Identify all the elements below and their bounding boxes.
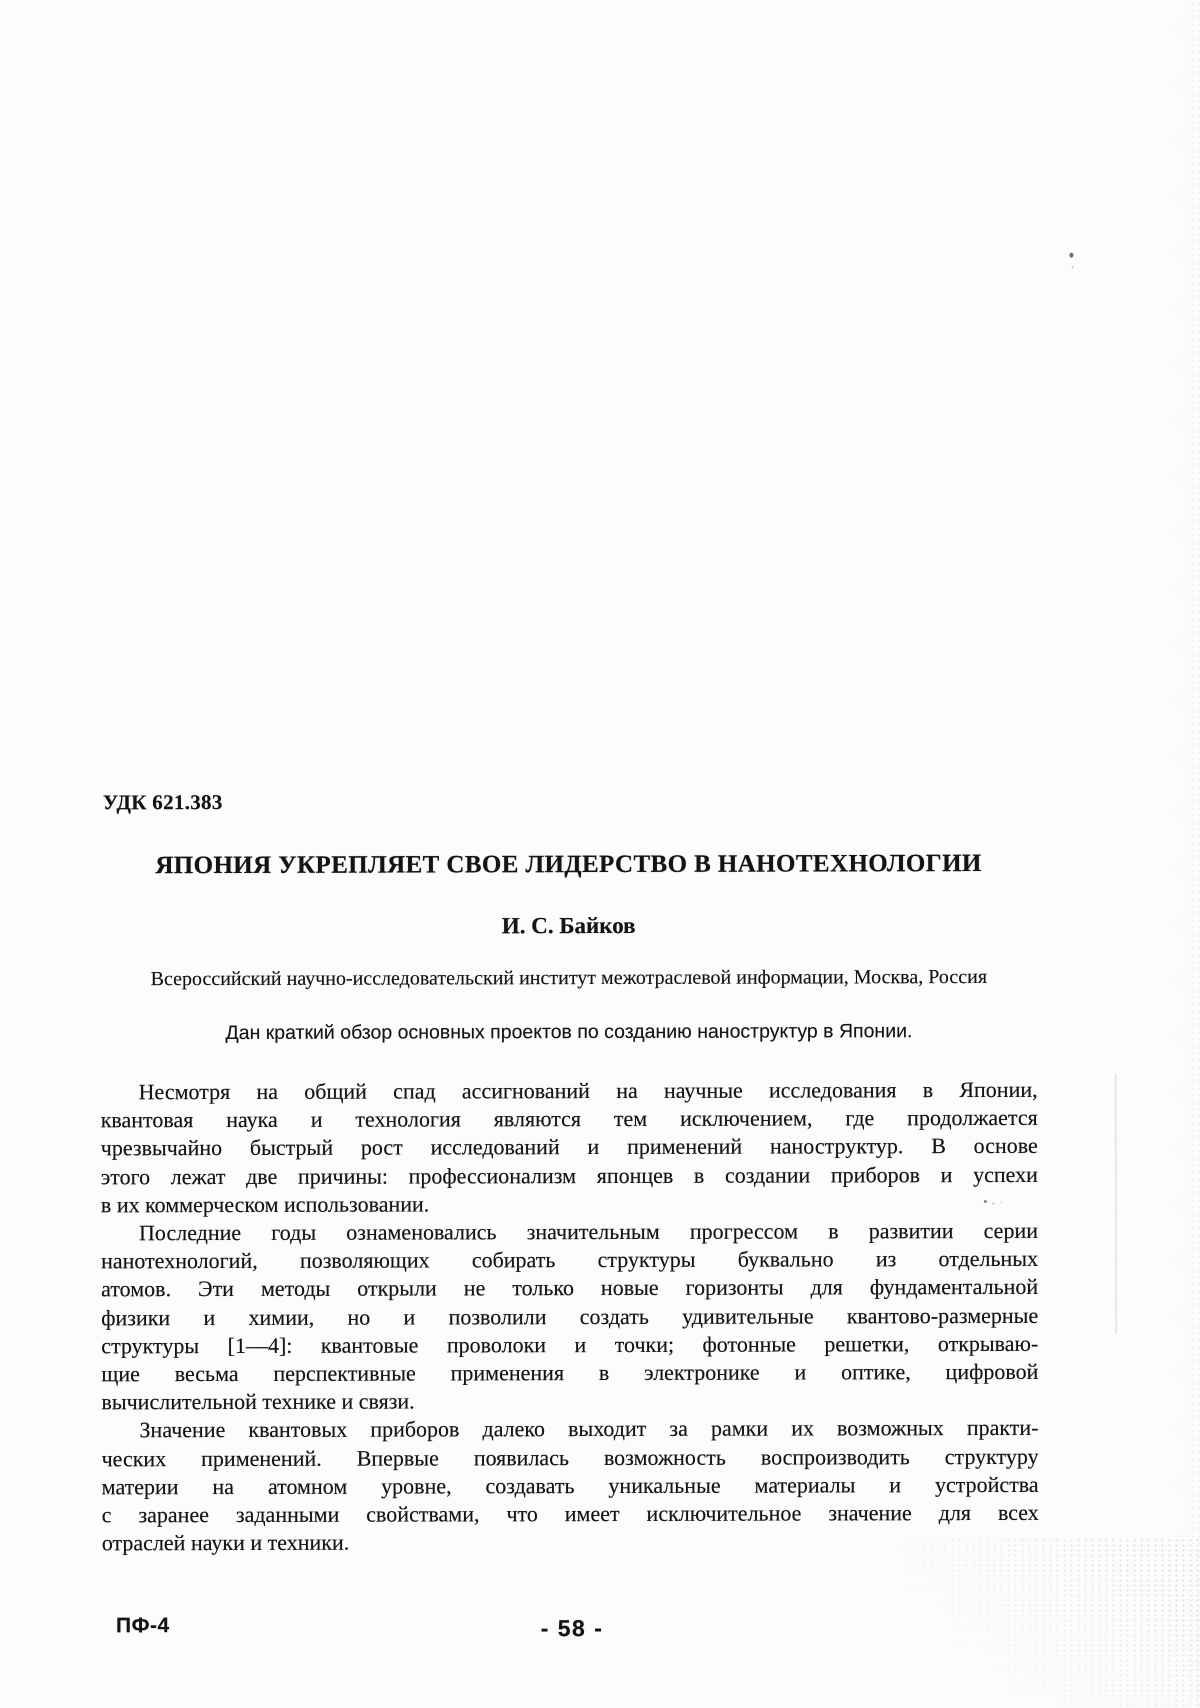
scan-streak-artifact: [1115, 1074, 1118, 1334]
text-line: щие весьма перспективные применения в эл…: [101, 1358, 1038, 1389]
text-line: в их коммерческом использовании.: [101, 1189, 1038, 1220]
text-line: Несмотря на общий спад ассигнований на н…: [101, 1076, 1038, 1107]
body-text: Несмотря на общий спад ассигнований на н…: [101, 1076, 1039, 1558]
text-line: чрезвычайно быстрый рост исследований и …: [101, 1132, 1038, 1163]
abstract-text: Дан краткий обзор основных проектов по с…: [100, 1020, 1037, 1045]
text-line: отраслей науки и техники.: [102, 1527, 1039, 1558]
scan-noise-right-edge: [1166, 0, 1200, 1708]
paragraph: Несмотря на общий спад ассигнований на н…: [101, 1076, 1038, 1219]
scan-noise-bottom-right: [900, 1538, 1200, 1708]
text-line: нанотехнологий, позволяющих собирать стр…: [101, 1245, 1038, 1276]
text-line: структуры [1—4]: квантовые проволоки и т…: [101, 1330, 1038, 1361]
text-line: атомов. Эти методы открыли не только нов…: [101, 1273, 1038, 1304]
text-line: вычислительной технике и связи.: [101, 1386, 1038, 1417]
text-line: материи на атомном уровне, создавать уни…: [102, 1471, 1039, 1502]
paragraph: Последние годы ознаменовались значительн…: [101, 1217, 1039, 1417]
text-line: с заранее заданными свойствами, что имее…: [102, 1499, 1039, 1530]
udc-code: УДК 621.383: [103, 790, 223, 815]
paragraph: Значение квантовых приборов далеко выход…: [101, 1414, 1038, 1557]
affiliation: Всероссийский научно-исследовательский и…: [100, 966, 1037, 991]
scan-speckle: [984, 1200, 987, 1203]
text-line: Последние годы ознаменовались значительн…: [101, 1217, 1038, 1248]
paper-title: ЯПОНИЯ УКРЕПЛЯЕТ СВОЕ ЛИДЕРСТВО В НАНОТЕ…: [100, 850, 1037, 880]
page-content: УДК 621.383 ЯПОНИЯ УКРЕПЛЯЕТ СВОЕ ЛИДЕРС…: [0, 0, 1200, 1708]
scanned-paper-page: УДК 621.383 ЯПОНИЯ УКРЕПЛЯЕТ СВОЕ ЛИДЕРС…: [0, 0, 1200, 1708]
text-line: физики и химии, но и позволили создать у…: [101, 1301, 1038, 1332]
text-line: ческих применений. Впервые появилась воз…: [102, 1442, 1039, 1473]
text-line: Значение квантовых приборов далеко выход…: [101, 1414, 1038, 1445]
text-line: этого лежат две причины: профессионализм…: [101, 1160, 1038, 1191]
scan-speckle: [1069, 253, 1073, 258]
author-name: И. С. Байков: [100, 912, 1037, 940]
text-line: квантовая наука и технология являются те…: [101, 1104, 1038, 1135]
